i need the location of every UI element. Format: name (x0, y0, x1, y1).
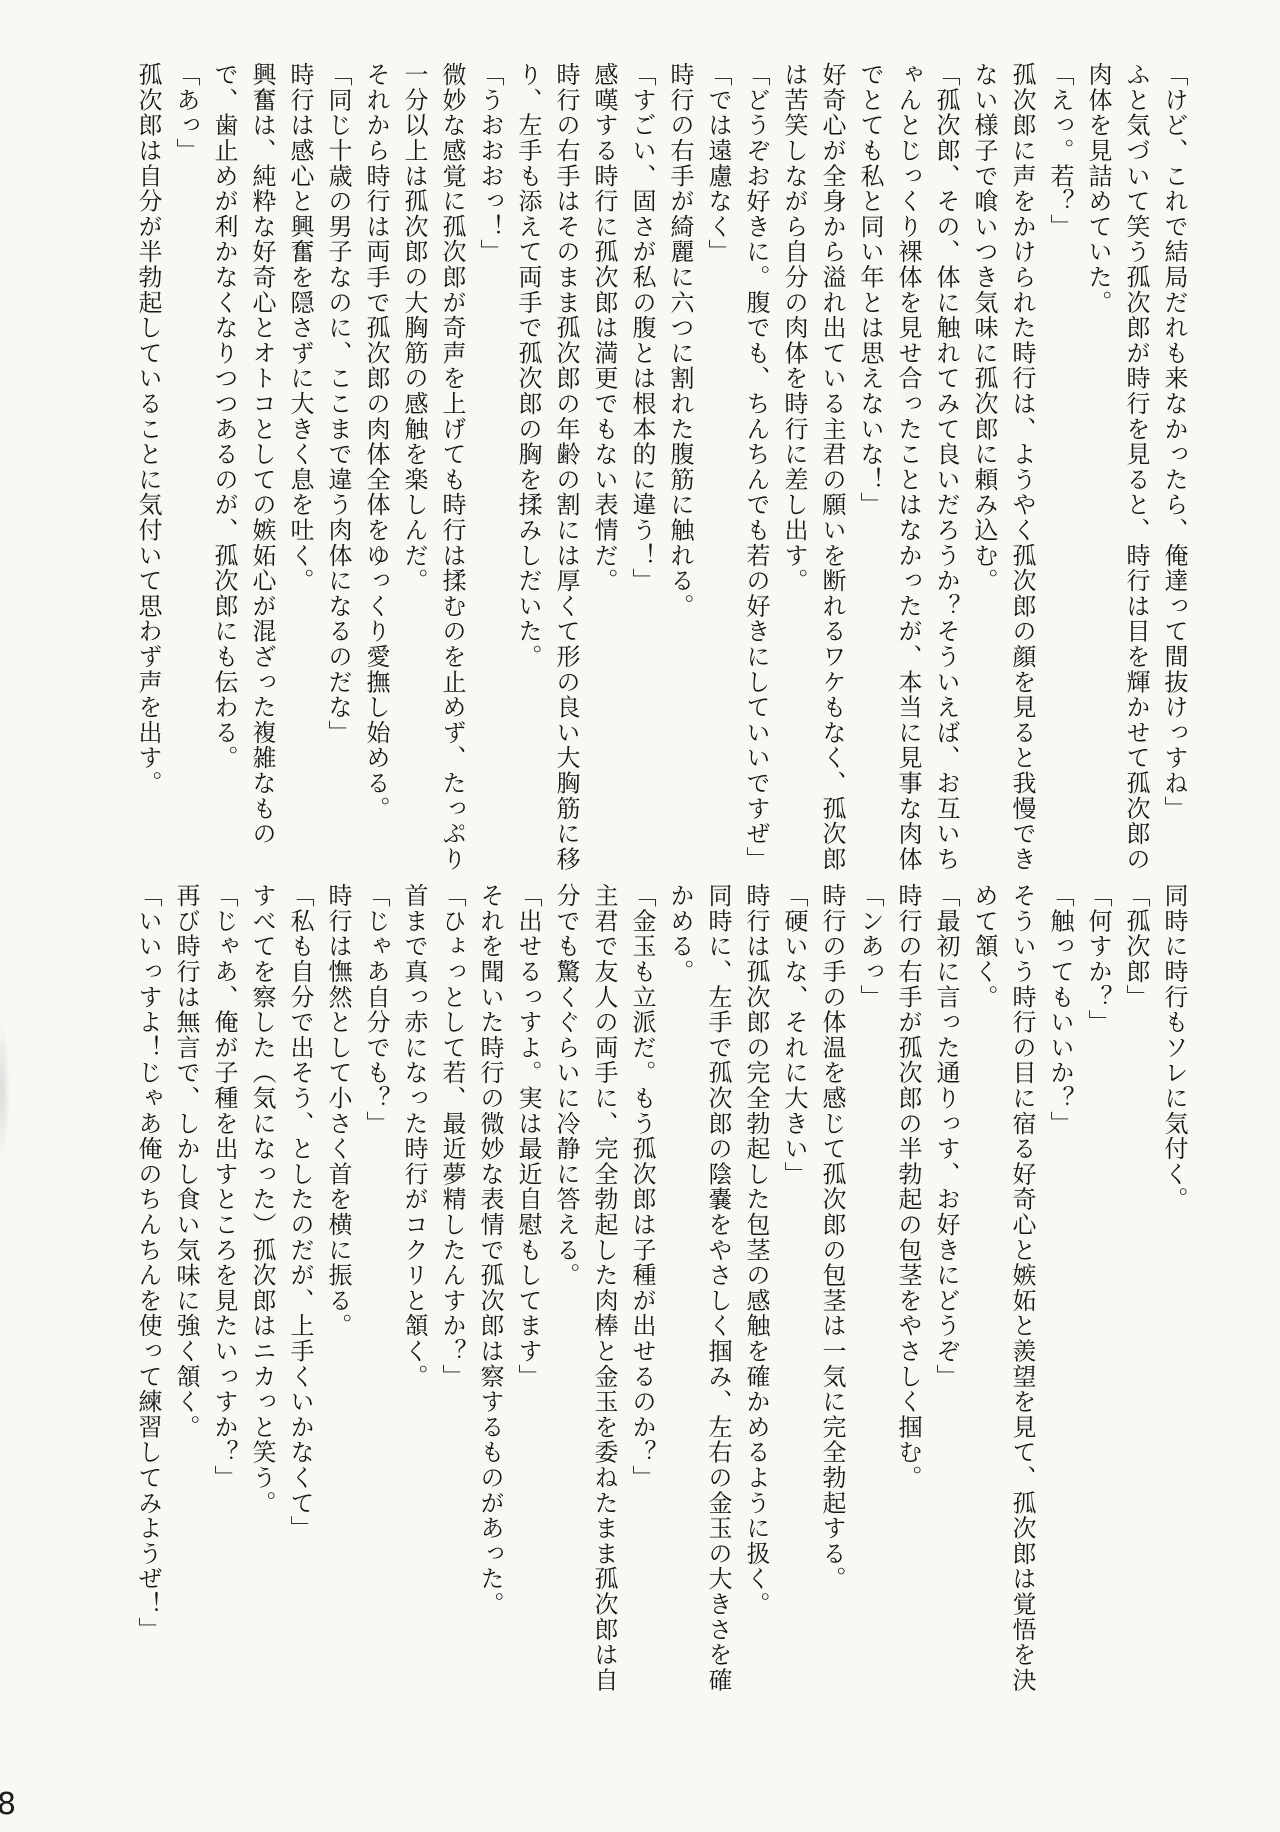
paragraph: 孤次郎に声をかけられた時行は、ようやく孤次郎の顔を見ると我慢できない様子で喰いつ… (965, 62, 1041, 874)
paragraph: 「何すか？」 (1079, 883, 1117, 1695)
paragraph: 興奮は、純粋な好奇心とオトコとしての嫉妬心が混ざった複雑なもので、歯止めが利かな… (205, 62, 281, 874)
paragraph: 時行は憮然として小さく首を横に振る。 (319, 883, 357, 1695)
paragraph: 時行は孤次郎の完全勃起した包茎の感触を確かめるように扱く。 (737, 883, 775, 1695)
paragraph: そういう時行の目に宿る好奇心と嫉妬と羨望を見て、孤次郎は覚悟を決めて頷く。 (965, 883, 1041, 1695)
paragraph: 「硬いな、それに大きい」 (775, 883, 813, 1695)
paragraph: すべてを察した（気になった）孤次郎はニカっと笑う。 (243, 883, 281, 1695)
scan-page: 「けど、これで結局だれも来なかったら、俺達って間抜けっすね」 ふと気づいて笑う孤… (0, 0, 1280, 1832)
paragraph: 時行の右手が綺麗に六つに割れた腹筋に触れる。 (661, 62, 699, 874)
paragraph: 「触ってもいいか？」 (1041, 883, 1079, 1695)
paragraph: 孤次郎は自分が半勃起していることに気付いて思わず声を出す。 (129, 62, 167, 874)
text-block-top: 「けど、これで結局だれも来なかったら、俺達って間抜けっすね」 ふと気づいて笑う孤… (129, 62, 1193, 874)
document-root: html, body { margin: 0; padding: 0; } bo… (0, 0, 1280, 1832)
paragraph: 「最初に言った通りっす、お好きにどうぞ」 (927, 883, 965, 1695)
paragraph: ふと気づいて笑う孤次郎が時行を見ると、時行は目を輝かせて孤次郎の肉体を見詰めてい… (1079, 62, 1155, 874)
page-number: 8 (0, 1787, 16, 1822)
paragraph: 「では遠慮なく」 (699, 62, 737, 874)
paragraph: 「えっ。若？」 (1041, 62, 1079, 874)
paragraph: 時行は感心と興奮を隠さずに大きく息を吐く。 (281, 62, 319, 874)
paragraph: 「けど、これで結局だれも来なかったら、俺達って間抜けっすね」 (1155, 62, 1193, 874)
paragraph: 時行の手の体温を感じて孤次郎の包茎は一気に完全勃起する。 (813, 883, 851, 1695)
paragraph: 「いいっすよ！じゃあ俺のちんちんを使って練習してみようぜ！」 (129, 883, 167, 1695)
paragraph: 「ひょっとして若、最近夢精したんすか？」 (433, 883, 471, 1695)
paragraph: 感嘆する時行に孤次郎は満更でもない表情だ。 (585, 62, 623, 874)
paragraph: 微妙な感覚に孤次郎が奇声を上げても時行は揉むのを止めず、たっぷり一分以上は孤次郎… (395, 62, 471, 874)
paragraph: 「どうぞお好きに。腹でも、ちんちんでも若の好きにしていいですぜ」 (737, 62, 775, 874)
paragraph: それを聞いた時行の微妙な表情で孤次郎は察するものがあった。 (471, 883, 509, 1695)
paragraph: 「孤次郎」 (1117, 883, 1155, 1695)
paragraph: 「ンあっ」 (851, 883, 889, 1695)
paragraph: 「あっ」 (167, 62, 205, 874)
paragraph: 同時に、左手で孤次郎の陰嚢をやさしく掴み、左右の金玉の大きさを確かめる。 (661, 883, 737, 1695)
scanned-page-body: { "page": { "page_number": "8", "text_co… (0, 0, 1280, 1832)
paragraph: 「金玉も立派だ。もう孤次郎は子種が出せるのか？」 (623, 883, 661, 1695)
paragraph: 同時に時行もソレに気付く。 (1155, 883, 1193, 1695)
paragraph: 「同じ十歳の男子なのに、ここまで違う肉体になるのだな」 (319, 62, 357, 874)
paragraph: 好奇心が全身から溢れ出ている主君の願いを断れるワケもなく、孤次郎は苦笑しながら自… (775, 62, 851, 874)
paragraph: 「じゃあ、俺が子種を出すところを見たいっすか？」 (205, 883, 243, 1695)
paragraph: 時行の右手はそのまま孤次郎の年齢の割には厚くて形の良い大胸筋に移り、左手も添えて… (509, 62, 585, 874)
paragraph: 「じゃあ自分でも？」 (357, 883, 395, 1695)
paragraph: 「私も自分で出そう、としたのだが、上手くいかなくて」 (281, 883, 319, 1695)
paragraph: 主君で友人の両手に、完全勃起した肉棒と金玉を委ねたまま孤次郎は自分でも驚くぐらい… (547, 883, 623, 1695)
text-block-bottom: 同時に時行もソレに気付く。 「孤次郎」 「何すか？」 「触ってもいいか？」 そう… (129, 883, 1193, 1695)
paragraph: 首まで真っ赤になった時行がコクリと頷く。 (395, 883, 433, 1695)
paragraph: 「うおおおっ！」 (471, 62, 509, 874)
paragraph: 「出せるっすよ。実は最近自慰もしてます」 (509, 883, 547, 1695)
paragraph: 「すごい、固さが私の腹とは根本的に違う！」 (623, 62, 661, 874)
scan-artifact (0, 1020, 10, 1160)
paragraph: 「孤次郎、その、体に触れてみて良いだろうか？そういえば、お互いちゃんとじっくり裸… (851, 62, 965, 874)
paragraph: それから時行は両手で孤次郎の肉体全体をゆっくり愛撫し始める。 (357, 62, 395, 874)
paragraph: 時行の右手が孤次郎の半勃起の包茎をやさしく掴む。 (889, 883, 927, 1695)
paragraph: 再び時行は無言で、しかし食い気味に強く頷く。 (167, 883, 205, 1695)
